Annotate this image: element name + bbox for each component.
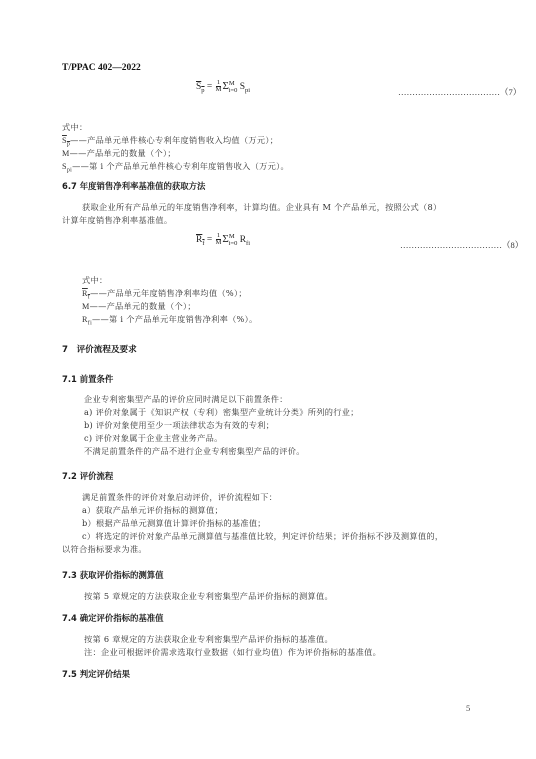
page-number: 5: [466, 703, 470, 713]
formula-7: Sp = 1MΣMi=0 Spi: [196, 80, 250, 94]
paragraph-line: 满足前置条件的评价对象启动评价，评价流程如下：: [82, 492, 277, 503]
definition-item: M——产品单元的数量（个）；: [62, 148, 176, 159]
paragraph-line: 计算年度销售净利率基准值。: [62, 215, 172, 226]
paragraph-line: 不满足前置条件的产品不进行企业专利密集型产品的评价。: [84, 446, 305, 457]
list-item: b) 评价对象使用至少一项法律状态为有效的专利；: [84, 420, 274, 431]
definition-item: Rf——产品单元年度销售净利率均值（%）；: [82, 288, 247, 301]
section-heading-7-2: 7.2 评价流程: [62, 470, 113, 482]
paragraph-line: 按第 5 章规定的方法获取企业专利密集型产品评价指标的测算值。: [84, 591, 333, 602]
section-heading-6-7: 6.7 年度销售净利率基准值的获取方法: [62, 180, 205, 192]
list-item: a) 评价对象属于《知识产权（专利）密集型产业统计分类》所列的行业；: [84, 407, 359, 418]
section-heading-7: 7 评价流程及要求: [62, 343, 137, 355]
where-intro: 式中：: [82, 275, 107, 286]
fraction: 1M: [216, 233, 222, 246]
formula-lhs: Sp: [196, 82, 205, 92]
definition-item: Spi——第 i 个产品单元单件核心专利年度销售收入（万元）。: [62, 161, 289, 174]
fraction: 1M: [216, 80, 222, 93]
section-heading-7-1: 7.1 前置条件: [62, 373, 113, 385]
list-item: a）获取产品单元评价指标的测算值；: [82, 505, 223, 516]
section-heading-7-4: 7.4 确定评价指标的基准值: [62, 612, 164, 624]
list-item: c) 评价对象属于企业主营业务产品。: [84, 433, 223, 444]
paragraph-line: 企业专利密集型产品的评价应同时满足以下前置条件：: [84, 394, 288, 405]
formula-8: Rf = 1MΣMi=0 Rfi: [196, 233, 250, 247]
where-intro: 式中：: [62, 122, 87, 133]
list-item: b）根据产品单元测算值计算评价指标的基准值；: [82, 518, 266, 529]
definition-item: M——产品单元的数量（个）；: [82, 301, 196, 312]
list-item: c）将选定的评价对象产品单元测算值与基准值比较，判定评价结果；评价指标不涉及测算…: [82, 531, 443, 542]
equation-number-7: ………………………………（7）: [398, 86, 521, 98]
definition-item: Rfi——第 i 个产品单元年度销售净利率（%）。: [82, 314, 258, 327]
equation-number-8: ………………………………（8）: [400, 239, 523, 251]
paragraph-line: 获取企业所有产品单元的年度销售净利率，计算均值。企业具有 M 个产品单元，按照公…: [82, 202, 442, 213]
note-line: 注：企业可根据评价需求选取行业数据（如行业均值）作为评价指标的基准值。: [84, 647, 381, 658]
paragraph-line: 按第 6 章规定的方法获取企业专利密集型产品评价指标的基准值。: [84, 634, 333, 645]
paragraph-line: 以符合指标要求为准。: [62, 544, 147, 555]
definition-item: Sp——产品单元单件核心专利年度销售收入均值（万元）；: [62, 135, 278, 148]
standard-id-header: T/PPAC 402—2022: [62, 63, 141, 73]
section-heading-7-3: 7.3 获取评价指标的测算值: [62, 569, 164, 581]
section-heading-7-5: 7.5 判定评价结果: [62, 668, 130, 680]
